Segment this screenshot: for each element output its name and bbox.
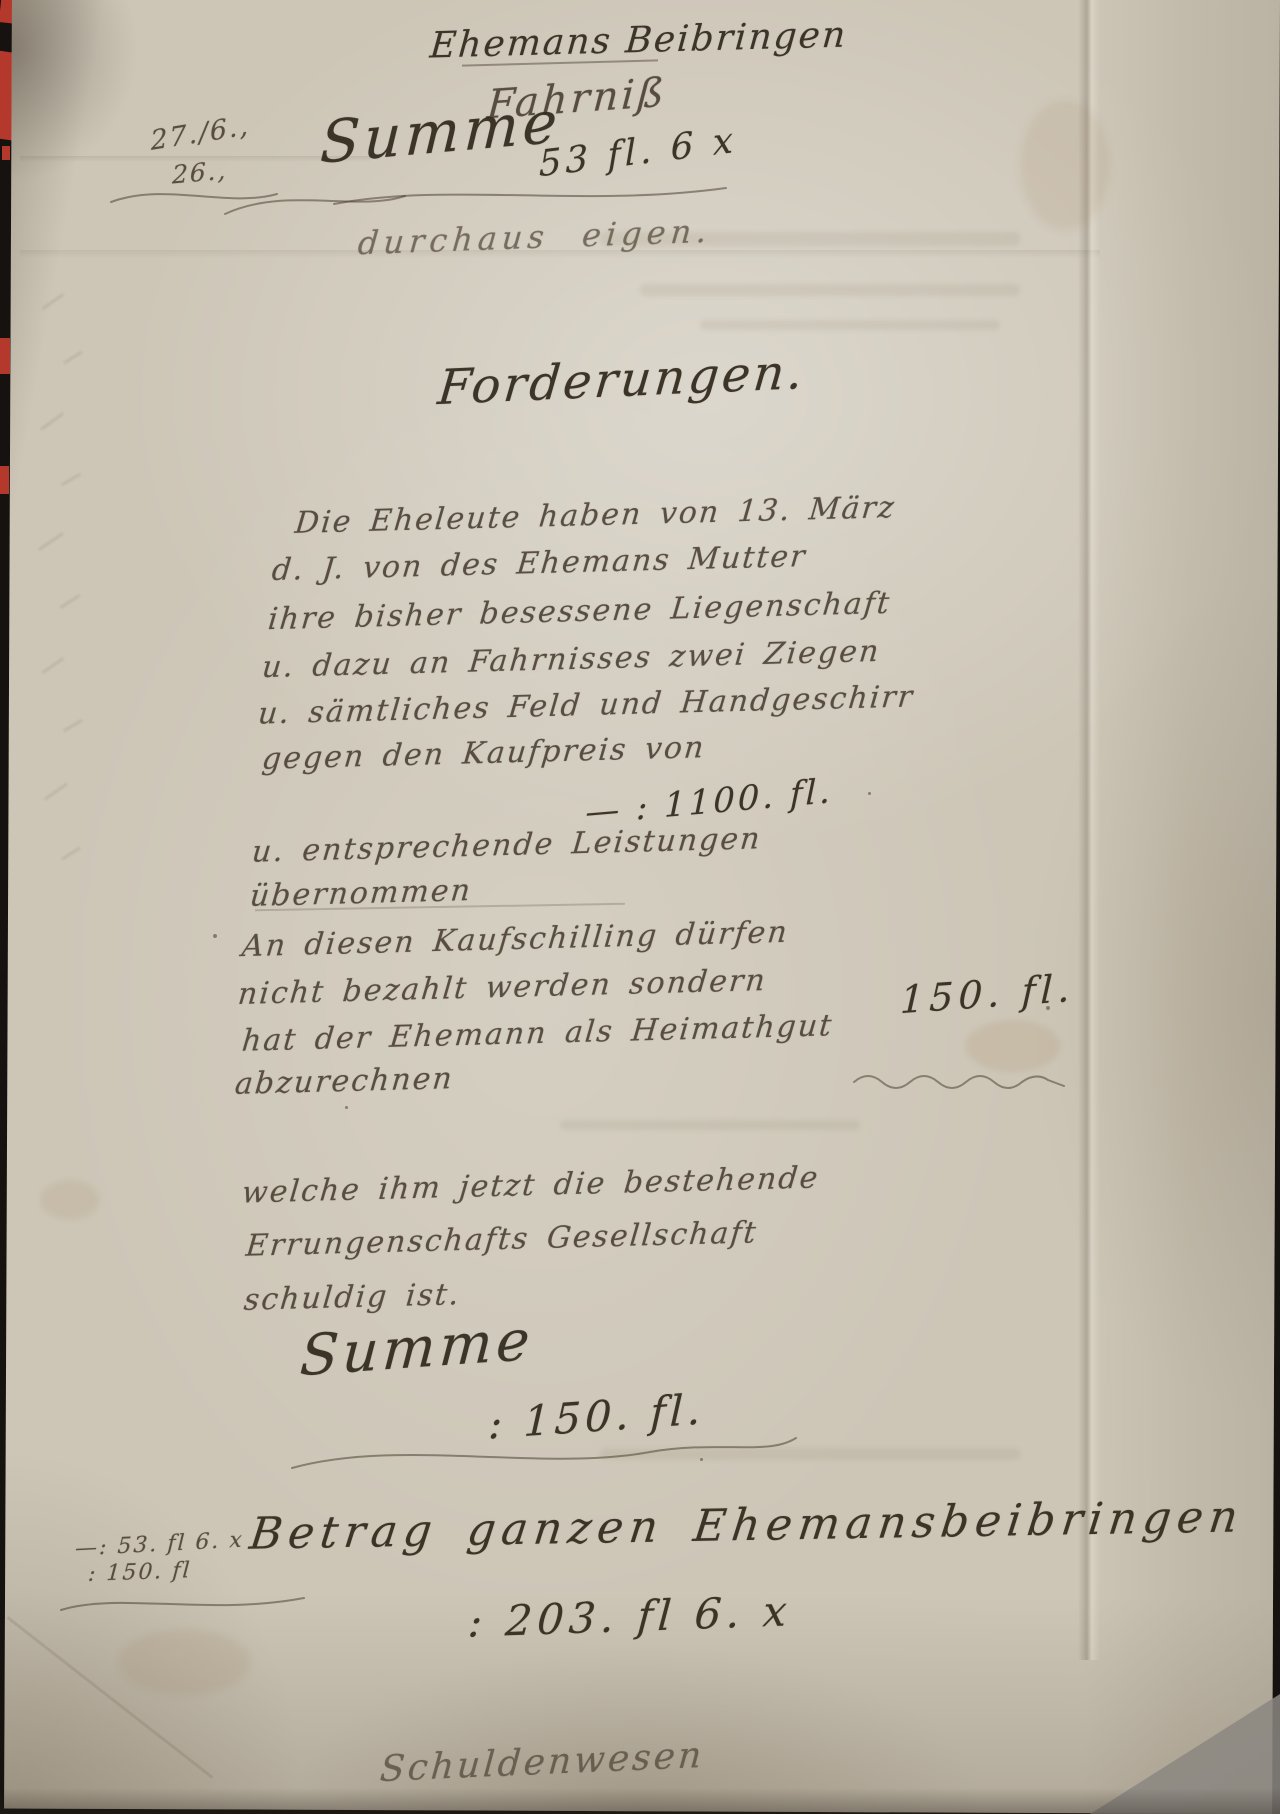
bleedthrough-smudge [640, 284, 1020, 296]
right-margin-squiggle [852, 1066, 1078, 1094]
ink-speck [345, 1106, 348, 1109]
header-sum-flourish [330, 176, 730, 210]
section-sum-flourish [290, 1424, 800, 1476]
ink-speck [213, 934, 217, 938]
red-backing-fleck-2 [0, 338, 10, 374]
body-line: schuldig ist. [242, 1277, 462, 1318]
document-photo: Ehemans Beibringen 27./6., 26., Fahrniß … [0, 0, 1280, 1814]
ink-speck [868, 792, 871, 795]
body-line: abzurechnen [233, 1061, 455, 1102]
bleedthrough-smudge [700, 320, 1000, 330]
bleedthrough-smudge [560, 1120, 860, 1130]
red-backing-fleck-1 [2, 146, 10, 160]
red-backing-fleck-3 [0, 466, 9, 494]
margin-carry-line2: : 150. fl [87, 1558, 192, 1587]
margin-carry-flourish [58, 1584, 308, 1618]
page-edge-vertical [1078, 0, 1100, 1660]
